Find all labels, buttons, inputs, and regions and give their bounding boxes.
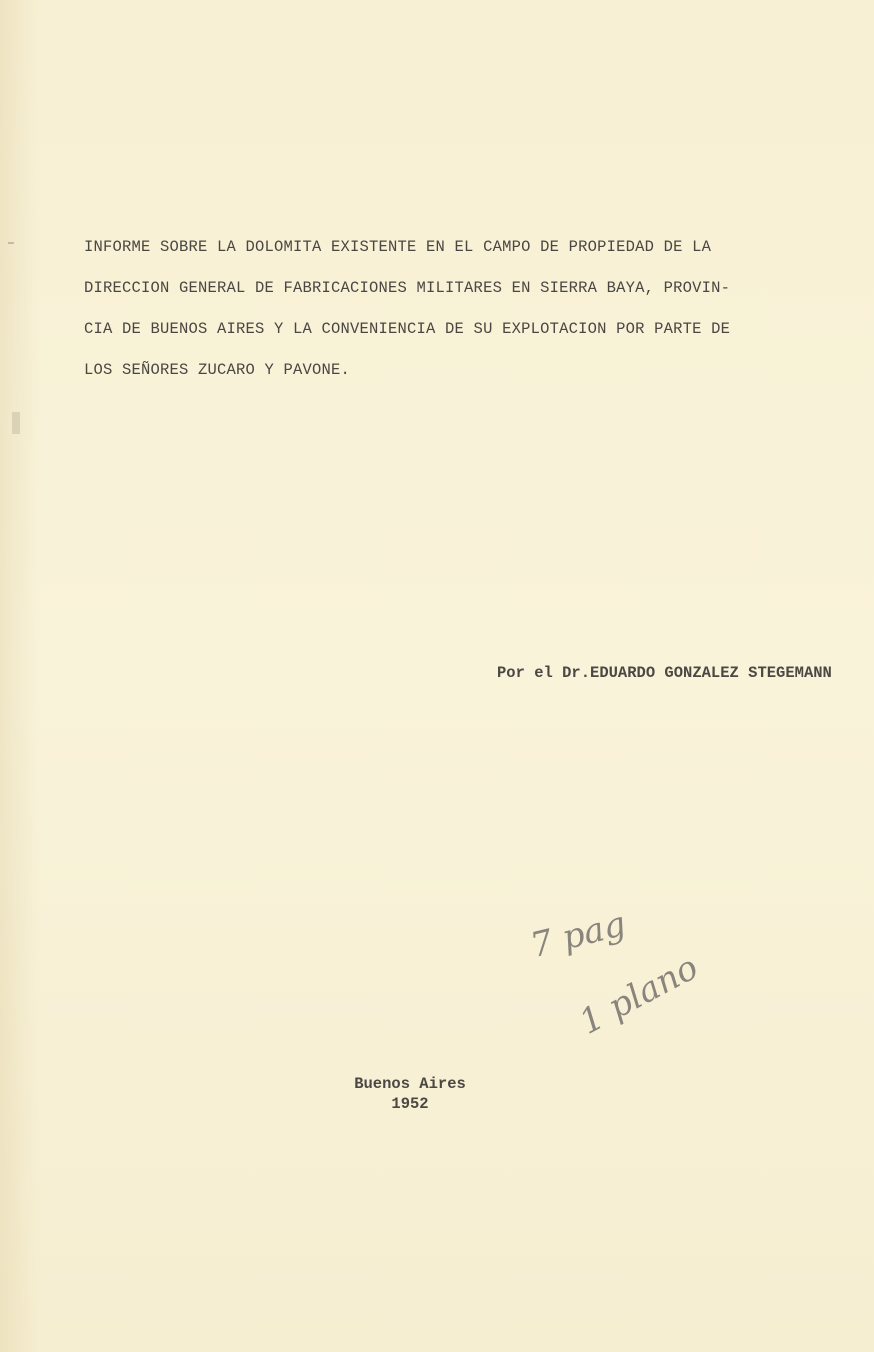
title-line: CIA DE BUENOS AIRES Y LA CONVENIENCIA DE… [84,314,784,355]
year: 1952 [340,1094,480,1114]
title-line: INFORME SOBRE LA DOLOMITA EXISTENTE EN E… [84,232,784,273]
document-title: INFORME SOBRE LA DOLOMITA EXISTENTE EN E… [84,232,784,396]
handwritten-page-count: 7 pag [527,904,630,966]
margin-mark [8,242,14,244]
handwritten-plan-count: 1 plano [573,947,705,1042]
title-line: LOS SEÑORES ZUCARO Y PAVONE. [84,355,784,396]
margin-mark [12,412,20,434]
place: Buenos Aires [340,1074,480,1094]
handwritten-note: 7 pag 1 plano [525,905,735,1055]
place-date: Buenos Aires 1952 [340,1074,480,1114]
title-line: DIRECCION GENERAL DE FABRICACIONES MILIT… [84,273,784,314]
author-line: Por el Dr.EDUARDO GONZALEZ STEGEMANN [497,664,832,682]
document-page: INFORME SOBRE LA DOLOMITA EXISTENTE EN E… [0,0,874,1352]
